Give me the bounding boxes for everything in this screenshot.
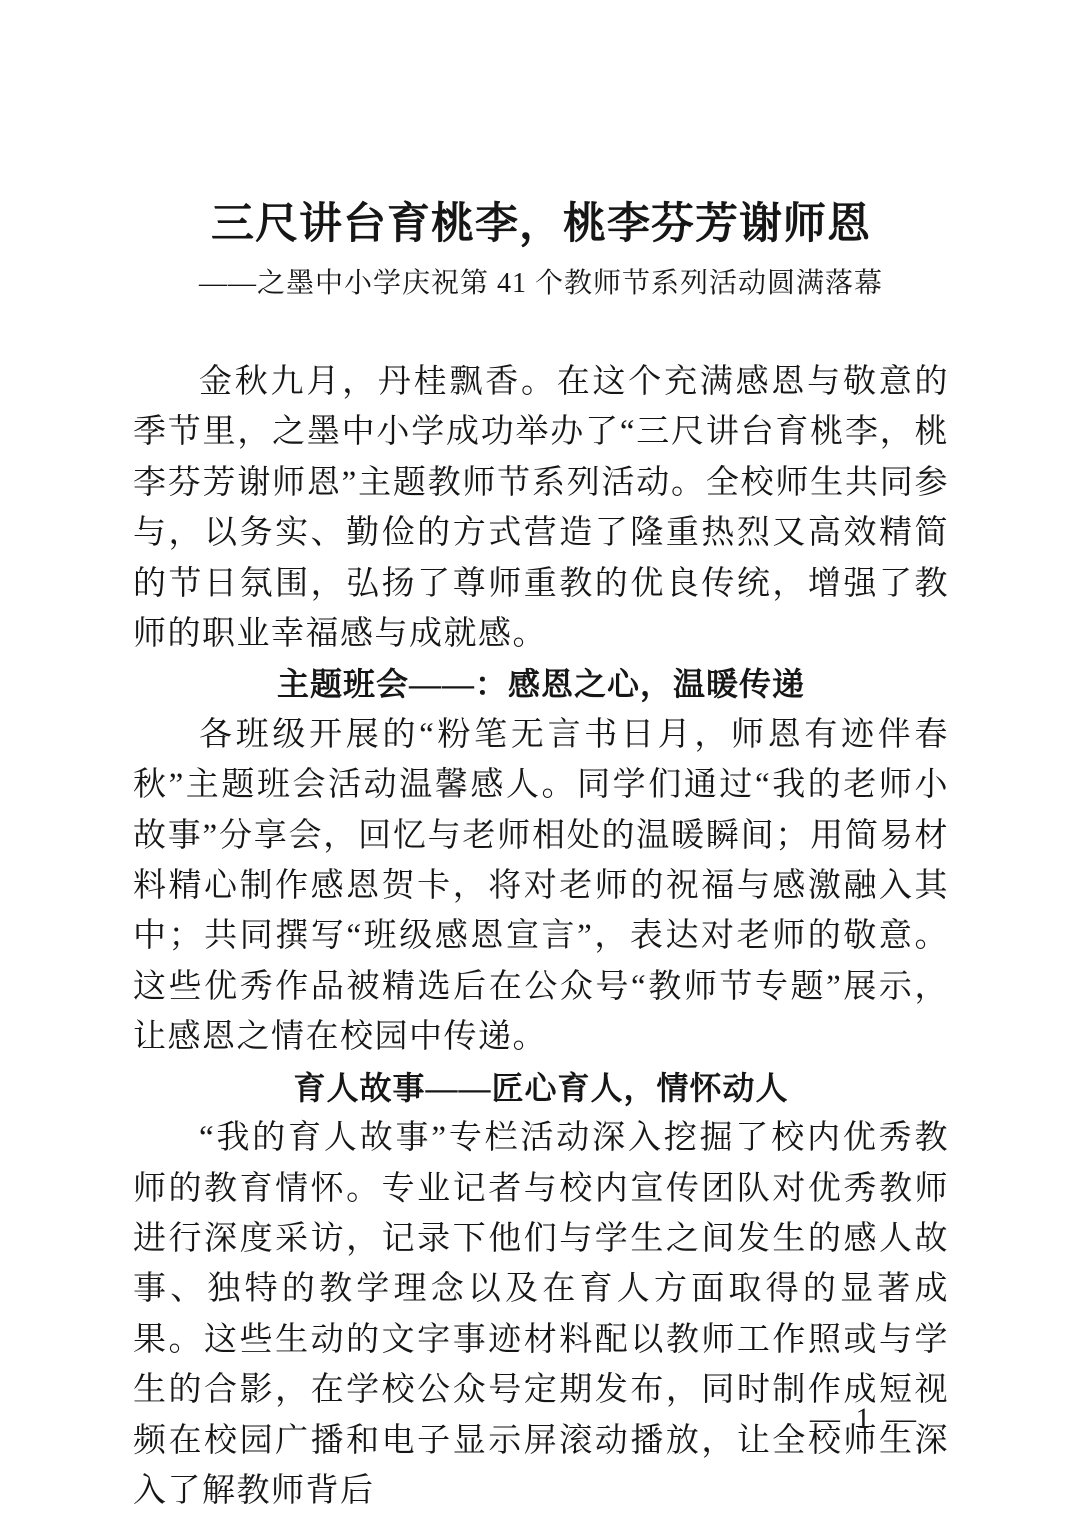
document-subtitle: ——之墨中小学庆祝第 41 个教师节系列活动圆满落幕 <box>133 261 949 301</box>
paragraph-intro: 金秋九月，丹桂飘香。在这个充满感恩与敬意的季节里，之墨中小学成功举办了“三尺讲台… <box>133 357 949 659</box>
section-heading-teaching-stories: 育人故事——匠心育人，情怀动人 <box>133 1063 949 1113</box>
paragraph-teaching-stories: “我的育人故事”专栏活动深入挖掘了校内优秀教师的教育情怀。专业记者与校内宣传团队… <box>133 1113 949 1516</box>
section-heading-class-meeting: 主题班会——：感恩之心，温暖传递 <box>133 659 949 709</box>
document-page: 三尺讲台育桃李，桃李芬芳谢师恩 ——之墨中小学庆祝第 41 个教师节系列活动圆满… <box>0 0 1080 1527</box>
paragraph-class-meeting: 各班级开展的“粉笔无言书日月，师恩有迹伴春秋”主题班会活动温馨感人。同学们通过“… <box>133 710 949 1063</box>
page-number: — 1 — <box>790 1402 940 1436</box>
document-body: 金秋九月，丹桂飘香。在这个充满感恩与敬意的季节里，之墨中小学成功举办了“三尺讲台… <box>133 357 949 1516</box>
document-title: 三尺讲台育桃李，桃李芬芳谢师恩 <box>133 190 949 251</box>
